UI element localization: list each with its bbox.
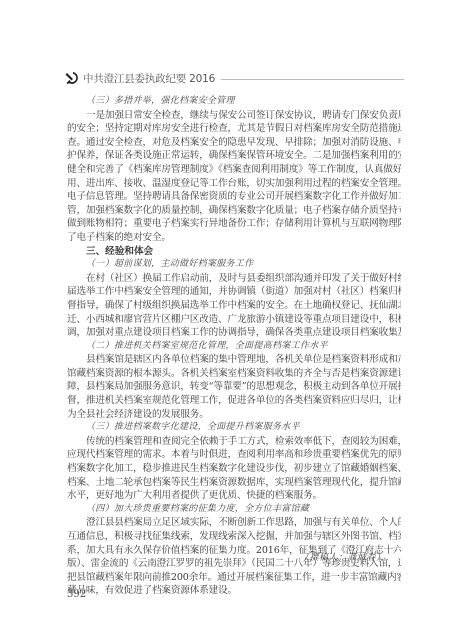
page-number: 392 [67,589,86,600]
text-line: 了电子档案的绝对安全。 [67,231,401,245]
header-divider [221,79,404,80]
text-line: 水平，更好地为广大利用者提供了更优质、快捷的档案服务。 [67,489,401,503]
subsection-title: （四）加大珍贵重要档案的征集力度，全方位丰富馆藏 [67,503,401,517]
paragraph-digitization: 传统的档案管理和查阅完全依赖于手工方式，检索效率低下，查阅较为困难，已经不适 应… [67,435,401,503]
text-line: 在村（社区）换届工作启动前，及时与县委组织部沟通并印发了关于做好村级组织换 [67,272,401,286]
text-line: 届选举工作中档案安全管理的通知，并协调镇（街道）加强对村（社区）档案归档管理的监 [67,285,401,299]
text-line: 障，县档案局加强服务意识，转变“等靠要”的思想观念，积极主动到各单位开展指导与监 [67,380,401,394]
party-emblem-icon [64,70,80,86]
subsection-title: （三）多措并举，强化档案安全管理 [67,95,401,109]
text-line: 互通信息，积极寻找征集线索，发现线索深入挖掘，并加强与辖区外图书馆、档案馆等的联 [67,530,401,544]
paragraph-planning: 在村（社区）换届工作启动前，及时与县委组织部沟通并印发了关于做好村级组织换 届选… [67,272,401,340]
text-line: 把县馆藏档案年限向前推200余年。通过开展档案征集工作，进一步丰富馆藏内容，提升… [67,571,401,585]
text-line: 调，加强对重点建设项目档案工作的协调指导，确保各类重点建设项目档案收集及时完整。 [67,326,401,340]
text-line: 用、进出库、接收、温湿度登记等工作台账，切实加强利用过程的档案安全管理。三是强化 [67,177,401,191]
text-line: 查。通过安全检查，对危及档案安全的隐患早发现、早排除；加强对消防设施、电梯等的维 [67,136,401,150]
text-line: 档案数字化加工，稳步推进民生档案数字化建设步伐，初步建立了馆藏婚姻档案、退伍军人 [67,462,401,476]
text-line: 迁、小西城和廖官营片区棚户区改造、广龙旅游小镇建设等重点项目建设中，积极主动做好… [67,313,401,327]
section-title: 三、经验和体会 [67,245,401,259]
text-line: 的安全；坚持定期对库房安全进行检查，尤其是节假日对档案库房安全防范措施进行全面检 [67,122,401,136]
subsection-title: （二）推进机关档案室规范化管理，全面提高档案工作水平 [67,340,401,354]
text-line: 澄江县县档案局立足区域实际，不断创新工作思路，加强与有关单位、个人的联络， [67,516,401,530]
text-line: 一是加强日常安全检查，继续与保安公司签订保安协议，聘请专门保安负责周边环境 [67,109,401,123]
text-line: 馆藏档案资源的根本源头。各机关档案室档案资料收集的齐全与否是档案资源建设的重要保 [67,367,401,381]
text-line: 传统的档案管理和查阅完全依赖于手工方式，检索效率低下，查阅较为困难，已经不适 [67,435,401,449]
paragraph-security: 一是加强日常安全检查，继续与保安公司签订保安协议，聘请专门保安负责周边环境 的安… [67,109,401,245]
text-line: 应现代档案管理的需求。本着与时俱进，查阅利用率高和珍贵重要档案优先的原则推进馆藏 [67,448,401,462]
author-credit: （撰稿人：龚城春） [300,550,386,563]
text-line: 藏品味，有效促进了档案资源体系建设。 [67,584,401,598]
subsection-title: （一）超前谋划，主动做好档案服务工作 [67,258,401,272]
text-line: 管，加强档案数字化的质量控制，确保档案数字化质量；电子档案存储介质坚持专人保管， [67,204,401,218]
text-line: 护保养，保证各类设施正常运转，确保档案保管环境安全。二是加强档案利用的安全管理。 [67,149,401,163]
document-body: （三）多措并举，强化档案安全管理 一是加强日常安全检查，继续与保安公司签订保安协… [67,95,401,598]
text-line: 电子信息管理。坚持聘请具备保密资质的专业公司开展档案数字化工作并做好加工环节的监 [67,190,401,204]
page-header: 中共澄江县委执政纪要 2016 [64,69,404,87]
text-line: 健全和完善了《档案库房管理制度》《档案查阅利用制度》等工作制度，认真做好查阅利 [67,163,401,177]
header-title: 中共澄江县委执政纪要 2016 [83,71,215,86]
text-line: 档案、土地二轮承包档案等民生档案资源数据库，实现档案管理现代化，提升馆藏档案管理 [67,476,401,490]
text-line: 为全县社会经济建设的发展服务。 [67,408,401,422]
text-line: 督指导，确保了村级组织换届选举工作中档案的安全。在土地确权登记、抚仙湖北岸一期搬 [67,299,401,313]
text-line: 督，推进机关档案室规范化管理工作，促进各单位的各类档案资料应归尽归，让档案更好地 [67,394,401,408]
paragraph-standardization: 县档案馆是辖区内各单位档案的集中管理地，各机关单位是档案资料形成和产生者，是 馆… [67,353,401,421]
text-line: 县档案馆是辖区内各单位档案的集中管理地，各机关单位是档案资料形成和产生者，是 [67,353,401,367]
text-line: 做到账物相符；重要电子档案实行异地备份工作；存储利用计算机与互联网物理隔接，确保 [67,217,401,231]
subsection-title: （三）推进档案数字化建设，全面提升档案服务水平 [67,421,401,435]
